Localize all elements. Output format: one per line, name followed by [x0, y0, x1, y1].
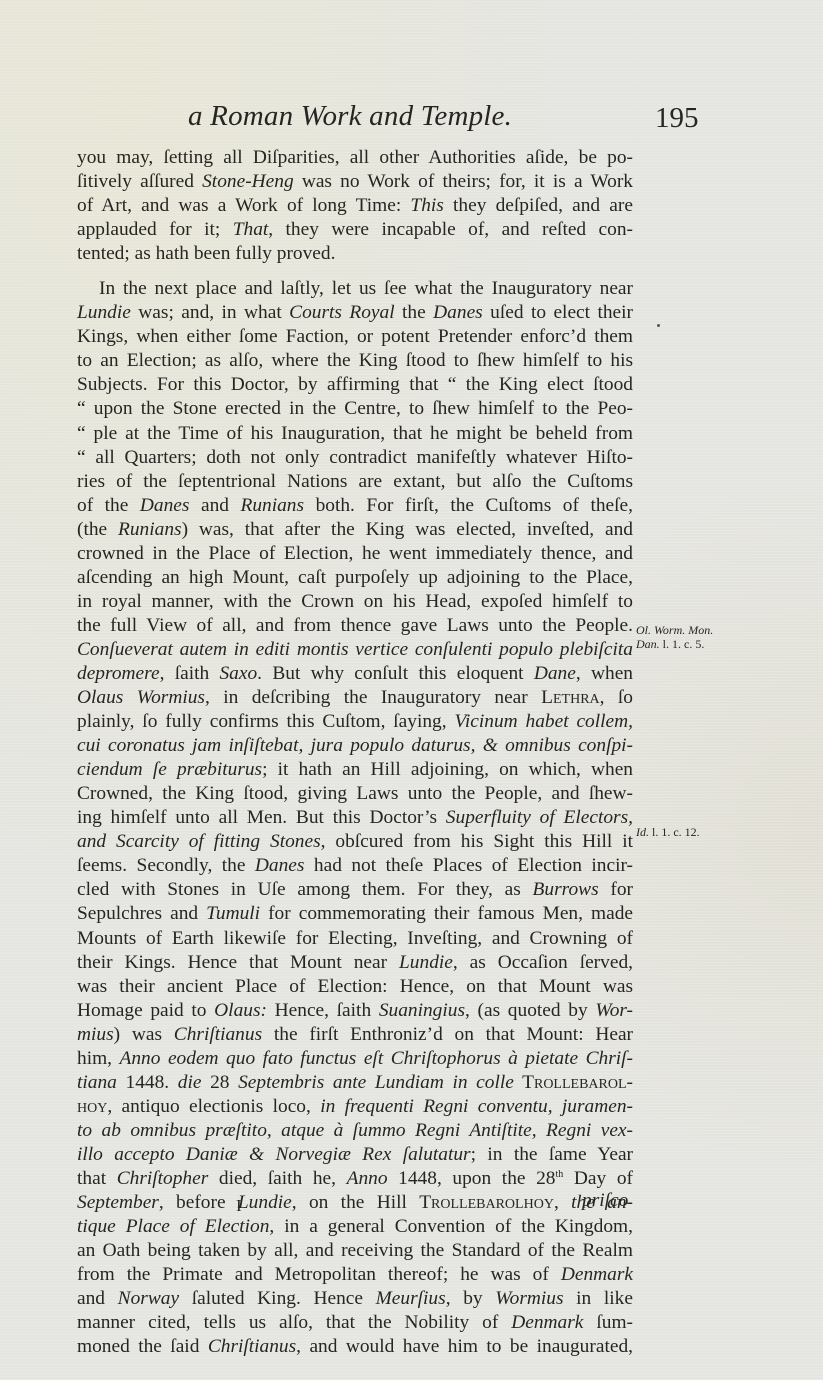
italic-run: tique Place of Election — [77, 1216, 269, 1237]
text-run: , in deſcribing the Inauguratory near — [205, 687, 541, 708]
text-line: and Norway ſaluted King. Hence Meurſius,… — [77, 1287, 633, 1311]
small-caps-run: hoy — [77, 1096, 107, 1117]
text-line: Lundie was; and, in what Courts Royal th… — [77, 301, 633, 325]
italic-run: Lundie — [399, 952, 453, 973]
text-line: ing himſelf unto all Men. But this Docto… — [77, 806, 633, 830]
text-run: , in a general Convention of the Kingdom… — [269, 1216, 633, 1237]
text-line: of Art, and was a Work of long Time: Thi… — [77, 194, 633, 218]
text-run: of the — [77, 495, 140, 516]
text-line: you may, ſetting all Diſparities, all ot… — [77, 146, 633, 170]
paragraph-1: you may, ſetting all Diſparities, all ot… — [77, 146, 633, 266]
text-line: and Scarcity of fitting Stones, obſcured… — [77, 830, 633, 854]
text-line: was their ancient Place of Election: Hen… — [77, 975, 633, 999]
text-run: , as Occaſion ſerved, — [453, 952, 633, 973]
text-run: that — [77, 1168, 117, 1189]
italic-run: Tumuli — [206, 903, 260, 924]
italic-run: Wormius — [495, 1288, 563, 1309]
text-line: tiana 1448. die 28 Septembris ante Lundi… — [77, 1071, 633, 1095]
text-run: their Kings. Hence that Mount near — [77, 952, 399, 973]
margin-note-line: Dan. l. 1. c. 5. — [636, 637, 713, 651]
text-line: Mounts of Earth likewiſe for Electing, I… — [77, 927, 633, 951]
text-line: In the next place and laſtly, let us ſee… — [77, 277, 633, 301]
text-line: illo accepto Daniæ & Norvegiæ Rex ſaluta… — [77, 1143, 633, 1167]
text-line: ſitively aſſured Stone-Heng was no Work … — [77, 170, 633, 194]
text-line: Conſueverat autem in editi montis vertic… — [77, 638, 633, 662]
text-line: September, before Lundie, on the Hill Tr… — [77, 1191, 633, 1215]
italic-run: Suaningius — [379, 1000, 465, 1021]
text-run: was; and, in what — [131, 302, 289, 323]
small-caps-run: Trollebarol- — [514, 1072, 633, 1093]
text-line: “ upon the Stone erected in the Centre, … — [77, 397, 633, 421]
text-run: and — [77, 1288, 118, 1309]
text-line: “ ple at the Time of his Inauguration, t… — [77, 422, 633, 446]
italic-run: Wor- — [595, 1000, 633, 1021]
italic-run: Norway — [118, 1288, 179, 1309]
italic-run: depromere — [77, 663, 160, 684]
italic-run: illo accepto Daniæ & Norvegiæ Rex ſaluta… — [77, 1144, 471, 1165]
text-line: in royal manner, with the Crown on his H… — [77, 590, 633, 614]
text-run: manner cited, tells us alſo, that the No… — [77, 1312, 511, 1333]
text-run: Hence, ſaith — [267, 1000, 379, 1021]
text-run: , by — [446, 1288, 496, 1309]
italic-run: Id. — [636, 825, 649, 839]
text-run: for commemorating their famous Men, made — [260, 903, 633, 924]
text-run: , on the Hill — [292, 1192, 419, 1213]
running-title-prefix: a Roman — [188, 100, 301, 132]
italic-run: Dane — [534, 663, 576, 684]
text-run: 1448, upon the 28 — [388, 1168, 556, 1189]
italic-run: Runians — [240, 495, 304, 516]
text-run: both. For firſt, the Cuſtoms of theſe, — [304, 495, 633, 516]
text-run: for — [599, 879, 633, 900]
text-line: an Oath being taken by all, and receivin… — [77, 1239, 633, 1263]
text-run: ing himſelf unto all Men. But this Docto… — [77, 807, 446, 828]
text-run: ſitively aſſured — [77, 171, 202, 192]
italic-run: Chriſtianus — [174, 1024, 262, 1045]
italic-run: That — [233, 219, 269, 240]
text-run: , — [554, 1192, 571, 1213]
text-run: , they were incapable of, and reſted con… — [268, 219, 633, 240]
catchword: priſco — [582, 1190, 628, 1212]
text-line: Sepulchres and Tumuli for commemorating … — [77, 902, 633, 926]
text-run: Sepulchres and — [77, 903, 206, 924]
text-line: Homage paid to Olaus: Hence, ſaith Suani… — [77, 999, 633, 1023]
small-caps-run: Lethra — [541, 687, 600, 708]
text-line: tique Place of Election, in a general Co… — [77, 1215, 633, 1239]
text-run: ſaluted King. Hence — [179, 1288, 376, 1309]
paragraph-2: In the next place and laſtly, let us ſee… — [77, 277, 633, 1359]
margin-note-1: Ol. Worm. Mon. Dan. l. 1. c. 5. — [636, 623, 713, 651]
text-run: ; it hath an Hill adjoining, on which, w… — [262, 759, 633, 780]
text-line: that Chriſtopher died, ſaith he, Anno 14… — [77, 1167, 633, 1191]
text-line: (the Runians) was, that after the King w… — [77, 518, 633, 542]
text-run: . But why conſult this eloquent — [257, 663, 534, 684]
italic-run: tiana — [77, 1072, 117, 1093]
italic-run: Meurſius — [376, 1288, 446, 1309]
text-line: Subjects. For this Doctor, by affirming … — [77, 373, 633, 397]
text-run: , and would have him to be inaugurated, — [296, 1336, 633, 1357]
italic-run: Saxo — [219, 663, 257, 684]
text-line: the full View of all, and from thence ga… — [77, 614, 633, 638]
text-run: from the Primate and Metropolitan thereo… — [77, 1264, 561, 1285]
small-caps-run: Trollebarolhoy — [419, 1192, 554, 1213]
text-run: they deſpiſed, and are — [444, 195, 633, 216]
text-line: aſcending an high Mount, caſt purpoſely … — [77, 566, 633, 590]
italic-run: Anno — [347, 1168, 388, 1189]
text-line: Kings, when either ſome Faction, or pote… — [77, 325, 633, 349]
italic-run: and Scarcity of fitting Stones — [77, 831, 321, 852]
text-run: l. 1. c. 12. — [649, 825, 700, 839]
italic-run: Danes — [255, 855, 305, 876]
text-run: uſed to elect their — [483, 302, 633, 323]
text-line: moned the ſaid Chriſtianus, and would ha… — [77, 1335, 633, 1359]
text-run: l. 1. c. 5. — [660, 637, 705, 651]
italic-run: Dan. — [636, 637, 660, 651]
text-line: depromere, ſaith Saxo. But why conſult t… — [77, 662, 633, 686]
text-line: him, Anno eodem quo fato functus eſt Chr… — [77, 1047, 633, 1071]
text-run: was no Work of theirs; for, it is a Work — [294, 171, 633, 192]
running-title: a Roman Work and Temple. — [188, 100, 512, 133]
text-run: ſum- — [583, 1312, 633, 1333]
italic-run: Denmark — [561, 1264, 633, 1285]
text-run: 1448. — [117, 1072, 178, 1093]
text-line: mius) was Chriſtianus the firſt Enthroni… — [77, 1023, 633, 1047]
text-run: , when — [576, 663, 633, 684]
text-run: , ſaith — [160, 663, 220, 684]
text-run: , ſo — [600, 687, 633, 708]
italic-run: Lundie — [77, 302, 131, 323]
text-run: the — [395, 302, 434, 323]
text-line: Olaus Wormius, in deſcribing the Inaugur… — [77, 686, 633, 710]
text-run: , antiquo electionis loco, — [107, 1096, 320, 1117]
text-run: ; in the ſame Year — [471, 1144, 633, 1165]
italic-run: die — [178, 1072, 202, 1093]
italic-run: Denmark — [511, 1312, 583, 1333]
text-run: Day of — [563, 1168, 633, 1189]
paragraph-gap — [77, 266, 633, 277]
italic-run: Stone-Heng — [202, 171, 294, 192]
text-run: and — [189, 495, 240, 516]
text-line: “ all Quarters; doth not only contradict… — [77, 446, 633, 470]
text-line: ciendum ſe præbiturus; it hath an Hill a… — [77, 758, 633, 782]
text-line: ſeems. Secondly, the Danes had not theſe… — [77, 854, 633, 878]
text-line: cled with Stones in Uſe among them. For … — [77, 878, 633, 902]
text-run: , (as quoted by — [465, 1000, 595, 1021]
text-run: moned the ſaid — [77, 1336, 208, 1357]
italic-run: in frequenti Regni conventu, juramen- — [320, 1096, 633, 1117]
text-run: , before — [159, 1192, 238, 1213]
italic-run: Chriſtianus — [208, 1336, 296, 1357]
italic-run: Burrows — [533, 879, 599, 900]
italic-run: Runians — [118, 519, 182, 540]
margin-note-2: Id. l. 1. c. 12. — [636, 825, 700, 839]
text-line: their Kings. Hence that Mount near Lundi… — [77, 951, 633, 975]
italic-run: Courts Royal — [289, 302, 394, 323]
italic-run: This — [410, 195, 443, 216]
text-run: ſeems. Secondly, the — [77, 855, 255, 876]
signature-mark: I — [236, 1196, 242, 1216]
italic-run: ciendum ſe præbiturus — [77, 759, 262, 780]
text-run: applauded for it; — [77, 219, 233, 240]
text-run: (the — [77, 519, 118, 540]
italic-run: mius — [77, 1024, 114, 1045]
text-run: ) was — [114, 1024, 174, 1045]
text-line: of the Danes and Runians both. For firſt… — [77, 494, 633, 518]
text-line: applauded for it; That, they were incapa… — [77, 218, 633, 242]
italic-run: Vicinum habet collem, — [454, 711, 633, 732]
text-run: 28 — [201, 1072, 238, 1093]
main-text: you may, ſetting all Diſparities, all ot… — [77, 146, 633, 1359]
text-line: cui coronatus jam inſiſtebat, jura popul… — [77, 734, 633, 758]
text-run: , obſcured from his Sight this Hill it — [321, 831, 633, 852]
italic-run: Olaus: — [214, 1000, 267, 1021]
text-line: Crowned, the King ſtood, giving Laws unt… — [77, 782, 633, 806]
text-run: Homage paid to — [77, 1000, 214, 1021]
italic-run: Superfluity of Electors, — [446, 807, 633, 828]
paper-speck — [657, 324, 660, 327]
text-line: plainly, ſo fully confirms this Cuſtom, … — [77, 710, 633, 734]
text-line: manner cited, tells us alſo, that the No… — [77, 1311, 633, 1335]
text-run: the firſt Enthroniz’d on that Mount: Hea… — [262, 1024, 633, 1045]
text-run: plainly, ſo fully confirms this Cuſtom, … — [77, 711, 454, 732]
text-line: ries of the ſeptentrional Nations are ex… — [77, 470, 633, 494]
italic-run: Danes — [433, 302, 483, 323]
text-run: died, ſaith he, — [208, 1168, 346, 1189]
italic-run: Danes — [140, 495, 190, 516]
text-run: of Art, and was a Work of long Time: — [77, 195, 410, 216]
text-line: to ab omnibus præſtito, atque à ſummo Re… — [77, 1119, 633, 1143]
italic-run: Olaus Wormius — [77, 687, 205, 708]
book-page: a Roman Work and Temple. 195 you may, ſe… — [0, 0, 823, 1380]
text-line: hoy, antiquo electionis loco, in frequen… — [77, 1095, 633, 1119]
text-run: ) was, that after the King was elected, … — [182, 519, 633, 540]
italic-run: Anno eodem quo fato functus eſt Chriſtop… — [120, 1048, 633, 1069]
italic-run: Septembris ante Lundiam in colle — [238, 1072, 514, 1093]
page-number: 195 — [655, 102, 699, 135]
text-line: to an Election; as alſo, where the King … — [77, 349, 633, 373]
text-run: cled with Stones in Uſe among them. For … — [77, 879, 533, 900]
margin-note-line: Ol. Worm. Mon. — [636, 623, 713, 637]
italic-run: September — [77, 1192, 159, 1213]
running-title-italic: Work and Temple. — [301, 100, 512, 132]
italic-run: Chriſtopher — [117, 1168, 209, 1189]
text-line: tented; as hath been fully proved. — [77, 242, 633, 266]
text-line: crowned in the Place of Election, he wen… — [77, 542, 633, 566]
italic-run: Lundie — [238, 1192, 292, 1213]
text-run: in like — [564, 1288, 633, 1309]
text-run: had not theſe Places of Election incir- — [304, 855, 633, 876]
text-line: from the Primate and Metropolitan thereo… — [77, 1263, 633, 1287]
text-run: him, — [77, 1048, 120, 1069]
